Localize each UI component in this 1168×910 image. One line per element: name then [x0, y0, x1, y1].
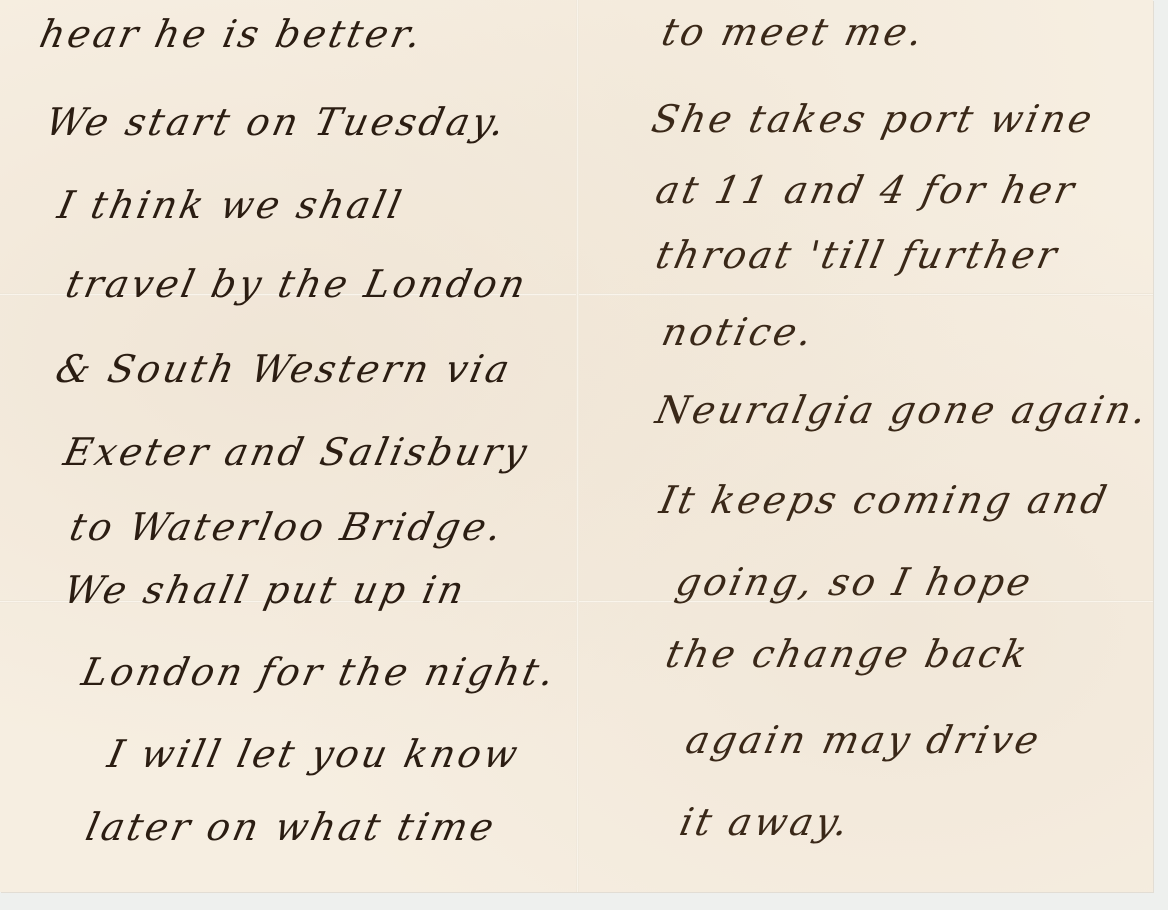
handwritten-line: We start on Tuesday.: [42, 100, 512, 144]
handwritten-line: It keeps coming and: [656, 478, 1113, 522]
handwritten-line: travel by the London: [62, 262, 532, 306]
handwritten-line: it away.: [676, 800, 855, 844]
handwritten-line: London for the night.: [78, 650, 561, 694]
handwritten-line: Exeter and Salisbury: [60, 430, 533, 474]
handwritten-line: to meet me.: [658, 10, 930, 54]
handwritten-line: She takes port wine: [648, 97, 1099, 141]
letter-page: hear he is better. We start on Tuesday. …: [0, 0, 1153, 892]
handwritten-line: We shall put up in: [60, 568, 471, 612]
vertical-fold-line: [576, 0, 579, 892]
handwritten-line: at 11 and 4 for her: [652, 168, 1081, 212]
handwritten-line: to Waterloo Bridge.: [66, 505, 508, 549]
handwritten-line: going, so I hope: [672, 560, 1037, 604]
handwritten-line: & South Western via: [52, 347, 516, 391]
handwritten-line: Neuralgia gone again.: [652, 388, 1153, 432]
handwritten-line: throat 'till further: [652, 233, 1064, 277]
handwritten-line: again may drive: [682, 718, 1046, 762]
handwritten-line: notice.: [658, 310, 819, 354]
handwritten-line: I think we shall: [54, 183, 408, 227]
handwritten-line: later on what time: [82, 805, 501, 849]
handwritten-line: I will let you know: [104, 732, 524, 776]
handwritten-line: the change back: [662, 632, 1034, 676]
handwritten-line: hear he is better.: [36, 12, 428, 56]
